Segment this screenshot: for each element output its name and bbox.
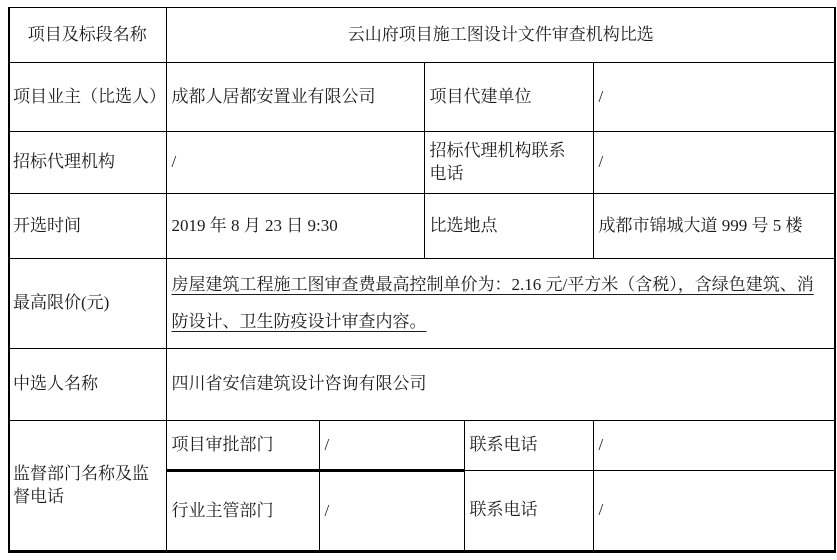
bidding-agency-label: 招标代理机构 <box>9 132 166 194</box>
row-project-name: 项目及标段名称 云山府项目施工图设计文件审查机构比选 <box>9 8 835 63</box>
approval-phone-label: 联系电话 <box>464 421 593 471</box>
price-limit-value: 房屋建筑工程施工图审查费最高控制单价为：2.16 元/平方米（含税），含绿色建筑… <box>166 259 835 349</box>
bidding-agency-value: / <box>166 132 424 194</box>
opening-time-label: 开选时间 <box>9 194 166 259</box>
selection-place-value: 成都市锦城大道 999 号 5 楼 <box>593 194 835 259</box>
row-bidding-agency: 招标代理机构 / 招标代理机构联系电话 / <box>9 132 835 194</box>
row-opening-time: 开选时间 2019 年 8 月 23 日 9:30 比选地点 成都市锦城大道 9… <box>9 194 835 259</box>
approval-dept-label: 项目审批部门 <box>166 421 319 471</box>
row-price-limit: 最高限价(元) 房屋建筑工程施工图审查费最高控制单价为：2.16 元/平方米（含… <box>9 259 835 349</box>
industry-dept-value: / <box>319 471 464 552</box>
approval-phone-value: / <box>593 421 835 471</box>
supervision-label: 监督部门名称及监督电话 <box>9 421 166 552</box>
agency-phone-value: / <box>593 132 835 194</box>
industry-phone-label: 联系电话 <box>464 471 593 552</box>
agent-unit-label: 项目代建单位 <box>424 63 593 132</box>
winner-name-value: 四川省安信建筑设计咨询有限公司 <box>166 349 835 421</box>
project-title: 云山府项目施工图设计文件审查机构比选 <box>166 8 835 63</box>
industry-phone-value: / <box>593 471 835 552</box>
project-owner-label: 项目业主（比选人） <box>9 63 166 132</box>
industry-dept-label: 行业主管部门 <box>166 471 319 552</box>
agent-unit-value: / <box>593 63 835 132</box>
project-owner-value: 成都人居都安置业有限公司 <box>166 63 424 132</box>
selection-place-label: 比选地点 <box>424 194 593 259</box>
opening-time-value: 2019 年 8 月 23 日 9:30 <box>166 194 424 259</box>
row-supervision-approval: 监督部门名称及监督电话 项目审批部门 / 联系电话 / <box>9 421 835 471</box>
row-project-owner: 项目业主（比选人） 成都人居都安置业有限公司 项目代建单位 / <box>9 63 835 132</box>
agency-phone-label: 招标代理机构联系电话 <box>424 132 593 194</box>
winner-name-label: 中选人名称 <box>9 349 166 421</box>
price-limit-label: 最高限价(元) <box>9 259 166 349</box>
approval-dept-value: / <box>319 421 464 471</box>
project-name-label: 项目及标段名称 <box>9 8 166 63</box>
row-winner-name: 中选人名称 四川省安信建筑设计咨询有限公司 <box>9 349 835 421</box>
bid-selection-result-table: 项目及标段名称 云山府项目施工图设计文件审查机构比选 项目业主（比选人） 成都人… <box>8 7 836 553</box>
